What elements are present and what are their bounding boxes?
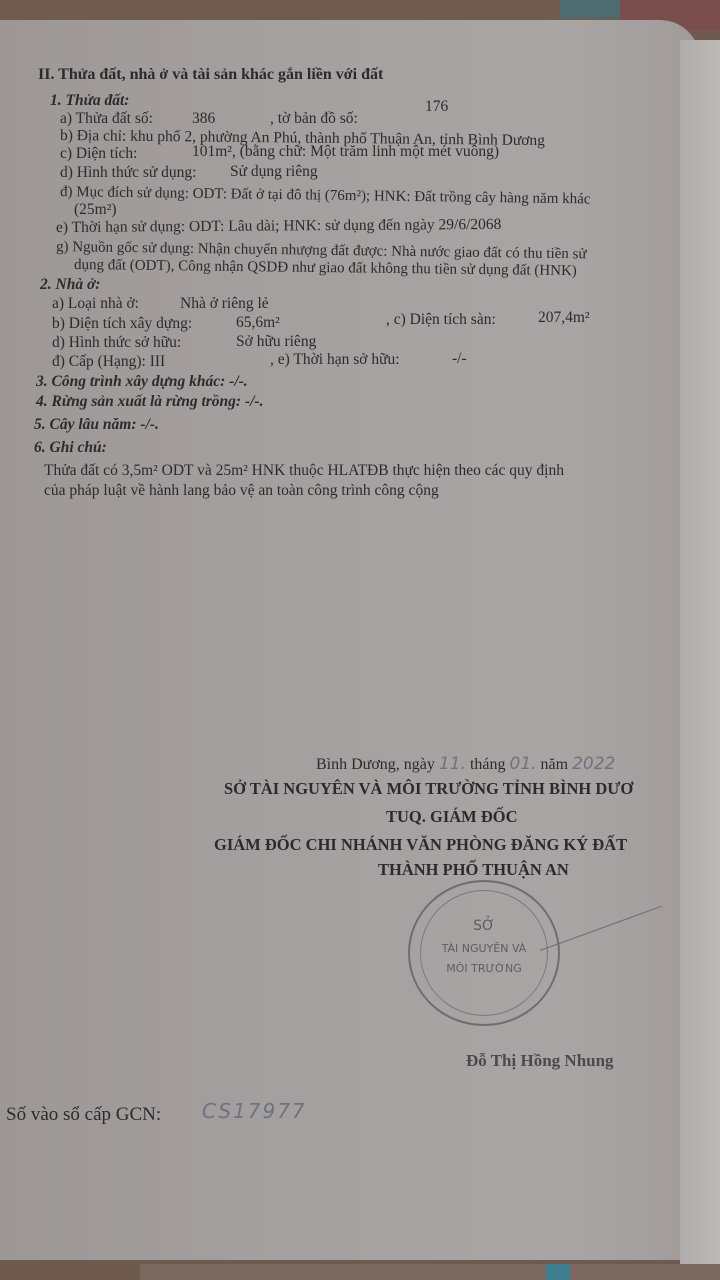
usage-form-label: d) Hình thức sử dụng: [60,164,197,182]
registry-label: Số vào sổ cấp GCN: [6,1106,161,1124]
floor-area-label: , c) Diện tích sàn: [386,311,496,329]
built-area-label: b) Diện tích xây dựng: [52,315,192,333]
land-heading: 1. Thửa đất: [50,92,129,110]
area-label: c) Diện tích: [60,145,137,163]
background-bottom [140,1264,720,1280]
year-value: 2022 [572,754,615,774]
stamp-top-text: SỞ [410,918,558,934]
map-sheet-number: 176 [425,98,448,116]
map-sheet-label: , tờ bản đồ số: [270,110,358,128]
signer-title-line2: THÀNH PHỐ THUẬN AN [378,861,569,879]
month-value: 01. [510,754,537,774]
floor-area-value: 207,4m² [538,309,590,327]
ownership-term-label: , e) Thời hạn sở hữu: [270,351,400,369]
grade-label: đ) Cấp (Hạng): III [52,353,165,371]
stamp-bottom-text: MÔI TRƯỜNG [410,962,558,975]
built-area-value: 65,6m² [236,314,280,332]
place-date-prefix: Bình Dương, ngày [316,756,435,773]
house-heading: 2. Nhà ở: [40,276,100,294]
other-works: 3. Công trình xây dựng khác: -/-. [36,373,248,391]
signer-name: Đỗ Thị Hồng Nhung [466,1052,614,1070]
year-label: năm [541,756,569,773]
usage-form-value: Sử dụng riêng [230,163,318,181]
official-stamp: SỞ TÀI NGUYÊN VÀ MÔI TRƯỜNG [408,880,560,1026]
place-date: Bình Dương, ngày 11. tháng 01. năm 2022 [316,755,615,774]
area-value: 101m², (bằng chữ: Một trăm linh một mét … [192,143,499,161]
ownership-value: Sở hữu riêng [236,333,316,351]
forest: 4. Rừng sản xuất là rừng trồng: -/-. [36,393,263,411]
parcel-number: 386 [192,110,215,128]
notes-line1: Thửa đất có 3,5m² ODT và 25m² HNK thuộc … [44,462,564,480]
agency-name: SỞ TÀI NGUYÊN VÀ MÔI TRƯỜNG TỈNH BÌNH DƯ… [224,780,633,798]
stamp-mid-text: TÀI NGUYÊN VÀ [410,942,558,955]
section-title: II. Thửa đất, nhà ở và tài sản khác gắn … [38,66,383,84]
month-label: tháng [470,756,506,773]
parcel-label: a) Thửa đất số: [60,110,153,128]
day-value: 11. [439,754,466,774]
perennial: 5. Cây lâu năm: -/-. [34,416,159,434]
page-edge [680,40,720,1270]
notes-line2: của pháp luật về hành lang bảo vệ an toà… [44,482,439,500]
notes-heading: 6. Ghi chú: [34,439,107,457]
ownership-term-value: -/- [452,350,467,368]
use-term: e) Thời hạn sử dụng: ODT: Lâu dài; HNK: … [56,216,502,237]
on-behalf: TUQ. GIÁM ĐỐC [386,808,518,826]
house-type-label: a) Loại nhà ở: [52,295,139,313]
house-type-value: Nhà ở riêng lẻ [180,295,269,313]
registry-value: CS17977 [202,1102,307,1120]
ownership-label: d) Hình thức sở hữu: [52,334,181,352]
signer-title-line1: GIÁM ĐỐC CHI NHÁNH VĂN PHÒNG ĐĂNG KÝ ĐẤT [214,836,627,854]
purpose-line2: (25m²) [74,201,117,219]
